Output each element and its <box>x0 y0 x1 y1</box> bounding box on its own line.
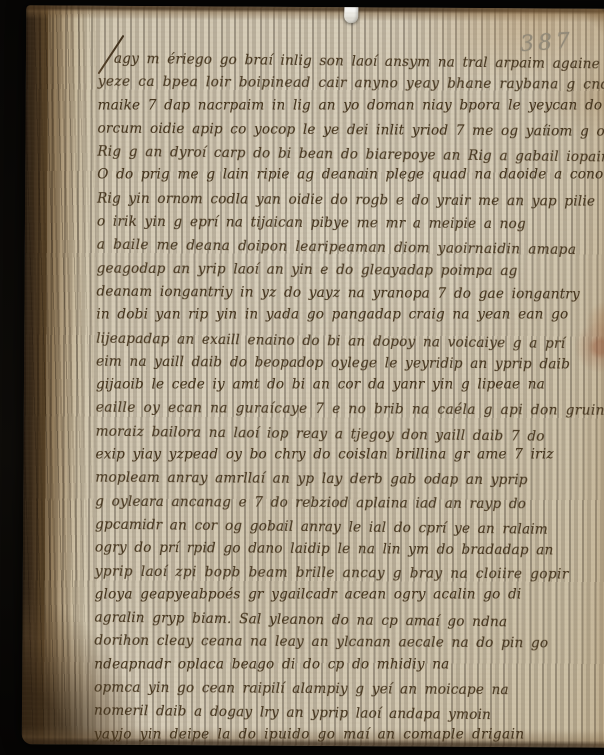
manuscript-line: yeze ca bpea loir boipinead cair anyno y… <box>98 71 598 97</box>
manuscript-line: ogry do prí rpid go dano laidip le na li… <box>95 537 595 563</box>
manuscript-line: mopleam anray amrllaí an yp lay derb gab… <box>95 467 595 493</box>
manuscript-line: in dobi yan rip yin in yada go pangadap … <box>96 304 596 327</box>
manuscript-line: g oyleara ancanag e 7 do rebziod aplaina… <box>95 490 595 516</box>
manuscript-photo: 387 agy m ériego go braí inlig son laoí … <box>0 0 604 755</box>
manuscript-line: O do prig me g lain ripie ag deanain ple… <box>97 164 597 187</box>
book-binding <box>22 5 105 744</box>
manuscript-line: eaille oy ecan na guraícaye 7 e no brib … <box>96 397 596 423</box>
page-holder-clip-icon <box>344 5 359 23</box>
manuscript-line: ndeapnadr oplaca beago di do cp do mhidi… <box>94 653 594 676</box>
manuscript-line: o irik yin g eprí na tijaican pibye me m… <box>97 211 597 237</box>
manuscript-line: opmca yin go cean raipilí alampiy g yeí … <box>94 677 594 703</box>
manuscript-line: gloya geapyeabpoés gr ygailcadr acean og… <box>95 583 595 606</box>
manuscript-line: Rig yin ornom codla yan oidie do rogb e … <box>97 187 597 213</box>
manuscript-line: orcum oidie apip co yocop le ye dei inli… <box>97 118 597 144</box>
manuscript-text: agy m ériego go braí inlig son laoí ansy… <box>94 48 598 748</box>
manuscript-line: yayjo yin deipe la do ipuido go maí an c… <box>94 723 594 746</box>
manuscript-line: gijaoib le cede iy amt do bi an cor da y… <box>96 374 596 397</box>
manuscript-line: geagodap an yrip laoí an yin e do gleaya… <box>97 257 597 283</box>
manuscript-page: 387 agy m ériego go braí inlig son laoí … <box>22 5 604 748</box>
manuscript-line: exip yiay yzpead oy bo chry do coislan b… <box>96 444 596 467</box>
manuscript-line: dorihon cleay ceana na leay an ylcanan a… <box>94 630 594 656</box>
manuscript-line: maike 7 dap nacrpaim in lig an yo doman … <box>98 94 598 117</box>
manuscript-line: yprip laoí zpi bopb beam brille ancay g … <box>95 560 595 586</box>
